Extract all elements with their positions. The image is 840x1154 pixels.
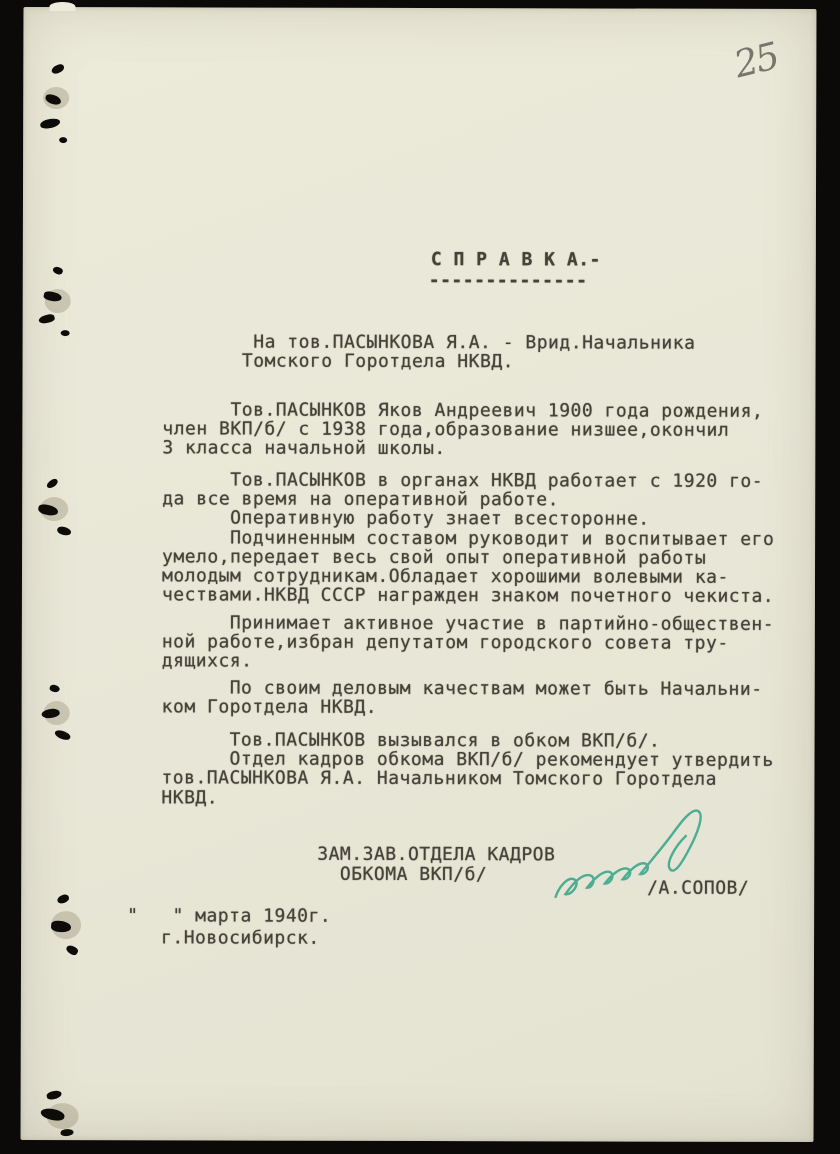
signature-scrawl [544,802,750,915]
paragraph-party-work: Принимает активное участие в партийно-об… [162,613,774,672]
hole-fragment [59,137,67,143]
text-line: г.Новосибирск. [127,927,331,950]
paragraph-biography: Тов.ПАСЫНКОВ Яков Андреевич 1900 года ро… [162,400,763,459]
signature [544,802,750,915]
date-place-block: " " марта 1940г. г.Новосибирск. [127,905,331,950]
scanned-document-photo: 25 С П Р А В К А.- -------------- На тов… [0,0,840,1154]
document-title: С П Р А В К А.- [431,250,601,270]
paragraph-assessment: По своим деловым качествам может быть На… [162,678,763,718]
text-line: дящихся. [162,652,774,673]
text-line: ной работе,избран депутатом городского с… [162,633,774,654]
signature-stroke [550,810,705,897]
text-line: 3 класса начальной школы. [162,439,763,460]
hole-fragment [61,330,70,336]
signer-title: ЗАМ.ЗАВ.ОТДЕЛА КАДРОВ ОБКОМА ВКП/б/ [317,845,555,885]
address-block: На тов.ПАСЫНКОВА Я.А. - Врид.Начальника … [163,332,696,372]
text-line: Оперативную работу знает всесторонне. [162,509,774,530]
text-line: " " марта 1940г. [127,905,331,928]
paragraph-service: Тов.ПАСЫНКОВ в органах НКВД работает с 1… [162,470,775,606]
text-line: ОБКОМА ВКП/б/ [317,865,555,885]
title-underline: -------------- [429,271,588,291]
text-line: ЗАМ.ЗАВ.ОТДЕЛА КАДРОВ [317,845,555,865]
text-line: чествами.НКВД СССР награжден знаком поче… [162,586,774,607]
text-line: ком Горотдела НКВД. [162,698,763,719]
paragraph-recommendation: Тов.ПАСЫНКОВ вызывался в обком ВКП/б/. О… [161,730,773,808]
text-line: Томского Горотдела НКВД. [163,352,696,373]
paper-tear [49,2,75,11]
text-line: тов.ПАСЫНКОВА Я.А. Начальником Томского … [161,769,773,790]
